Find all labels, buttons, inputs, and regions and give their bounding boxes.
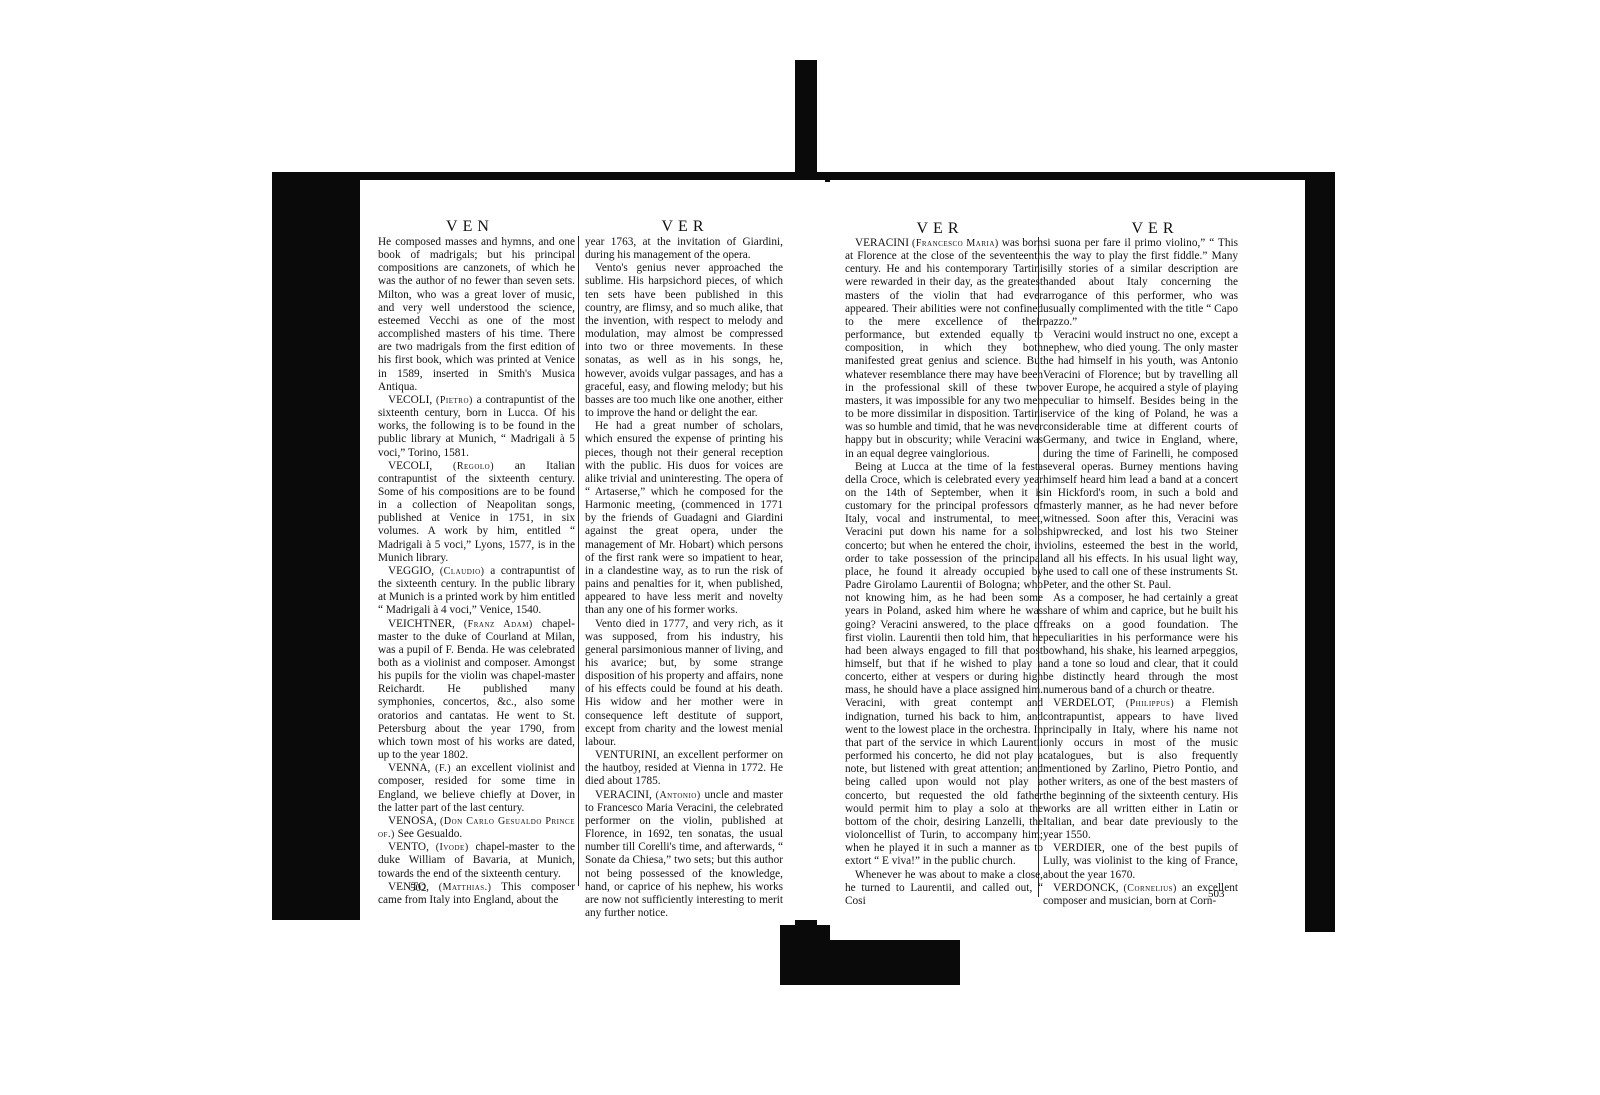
running-head-left: VEN (370, 218, 570, 236)
entry-given-name: (Franz Adam) (464, 619, 533, 630)
page-number-left: 502 (410, 882, 427, 894)
entry-headword: VERACINI, (595, 789, 652, 801)
left-page-column-2: year 1763, at the invitation of Giardini… (585, 236, 783, 920)
entry-text: was born at Florence at the close of the… (845, 237, 1043, 460)
entry-headword: VENTURINI, (595, 749, 659, 761)
entry-text: si suona per fare il primo violino,” “ T… (1043, 237, 1238, 328)
dictionary-entry: VENTO, (Ivode) chapel-master to the duke… (378, 841, 575, 880)
entry-text: uncle and master to Francesco Maria Vera… (585, 789, 783, 919)
entry-headword: VENTO, (388, 841, 429, 853)
entry-headword: VECOLI, (388, 460, 432, 472)
entry-headword: VERACINI (855, 237, 909, 249)
entry-given-name: (Francesco Maria) (912, 238, 999, 249)
right-page-column-1: VERACINI (Francesco Maria) was born at F… (845, 237, 1043, 908)
entry-given-name: (Regolo) (453, 461, 494, 472)
paragraph: He composed masses and hymns, and one bo… (378, 236, 575, 394)
running-head-right: VER (840, 220, 1040, 238)
entry-text: He composed masses and hymns, and one bo… (378, 236, 575, 393)
entry-text: Whenever he was about to make a close, h… (845, 869, 1043, 907)
entry-headword: VEICHTNER, (388, 618, 455, 630)
entry-headword: VEGGIO, (388, 565, 434, 577)
running-head-left-col2: VER (585, 218, 785, 236)
entry-given-name: (Antonio) (656, 790, 701, 801)
paragraph: Vento died in 1777, and very rich, as it… (585, 618, 783, 750)
running-head-right-col2: VER (1055, 220, 1255, 238)
paragraph: Being at Lucca at the time of la festa d… (845, 461, 1043, 869)
entry-given-name: (Philippus) (1126, 698, 1174, 709)
column-rule (578, 236, 579, 886)
entry-given-name: (Claudio) (440, 566, 485, 577)
dictionary-entry: VERACINI (Francesco Maria) was born at F… (845, 237, 1043, 461)
right-page: VER VER VERACINI (Francesco Maria) was b… (830, 180, 1305, 940)
paragraph: year 1763, at the invitation of Giardini… (585, 236, 783, 262)
page-number-right: 503 (1208, 888, 1225, 900)
entry-text: Veracini would instruct no one, except a… (1043, 329, 1238, 591)
entry-headword: VERDELOT, (1053, 697, 1115, 709)
dictionary-entry: VERDIER, one of the best pupils of Lully… (1043, 842, 1238, 881)
entry-given-name: (Pietro) (436, 395, 473, 406)
left-page: VEN VER He composed masses and hymns, an… (360, 180, 825, 920)
paragraph: As a composer, he had certainly a great … (1043, 592, 1238, 697)
entry-text: an Italian contrapuntist of the sixteent… (378, 460, 575, 564)
entry-headword: VECOLI, (388, 394, 432, 406)
dictionary-entry: VENOSA, (Don Carlo Gesualdo Prince of.) … (378, 815, 575, 841)
entry-text: He had a great number of scholars, which… (585, 420, 783, 616)
dictionary-entry: VERACINI, (Antonio) uncle and master to … (585, 789, 783, 921)
column-rule (1038, 237, 1039, 897)
entry-text: As a composer, he had certainly a great … (1043, 592, 1238, 696)
paragraph: si suona per fare il primo violino,” “ T… (1043, 237, 1238, 329)
scan-border-top-left (272, 172, 812, 180)
dictionary-entry: VECOLI, (Regolo) an Italian contrapuntis… (378, 460, 575, 565)
paragraph: Veracini would instruct no one, except a… (1043, 329, 1238, 592)
entry-headword: VERDIER, (1053, 842, 1105, 854)
entry-text: a Flemish contrapuntist, appears to have… (1043, 697, 1238, 841)
dictionary-entry: VECOLI, (Pietro) a contrapuntist of the … (378, 394, 575, 460)
entry-headword: VERDONCK, (1053, 882, 1119, 894)
paragraph: He had a great number of scholars, which… (585, 420, 783, 617)
entry-text: year 1763, at the invitation of Giardini… (585, 236, 783, 261)
entry-text: See Gesualdo. (398, 828, 463, 840)
scan-border-left (272, 172, 362, 920)
dictionary-entry: VERDELOT, (Philippus) a Flemish contrapu… (1043, 697, 1238, 842)
dictionary-entry: VENTURINI, an excellent performer on the… (585, 749, 783, 788)
entry-headword: VENNA, (388, 762, 430, 774)
dictionary-entry: VENTO, (Matthias.) This composer came fr… (378, 881, 575, 907)
right-page-column-2: si suona per fare il primo violino,” “ T… (1043, 237, 1238, 908)
dictionary-entry: VEGGIO, (Claudio) a contrapuntist of the… (378, 565, 575, 618)
entry-text: Vento died in 1777, and very rich, as it… (585, 618, 783, 748)
entry-text: chapel-master to the duke of Courland at… (378, 618, 575, 762)
entry-headword: VENOSA, (388, 815, 437, 827)
paragraph: Whenever he was about to make a close, h… (845, 869, 1043, 908)
left-page-column-1: He composed masses and hymns, and one bo… (378, 236, 575, 907)
paragraph: Vento's genius never approached the subl… (585, 262, 783, 420)
entry-text: Being at Lucca at the time of la festa d… (845, 461, 1043, 868)
dictionary-entry: VENNA, (F.) an excellent violinist and c… (378, 762, 575, 815)
entry-given-name: (Cornelius) (1123, 883, 1176, 894)
dictionary-entry: VEICHTNER, (Franz Adam) chapel-master to… (378, 618, 575, 763)
entry-text: Vento's genius never approached the subl… (585, 262, 783, 419)
entry-given-name: (Matthias.) (439, 882, 492, 893)
entry-given-name: (Ivode) (436, 842, 469, 853)
entry-given-name: (F.) (435, 763, 451, 774)
